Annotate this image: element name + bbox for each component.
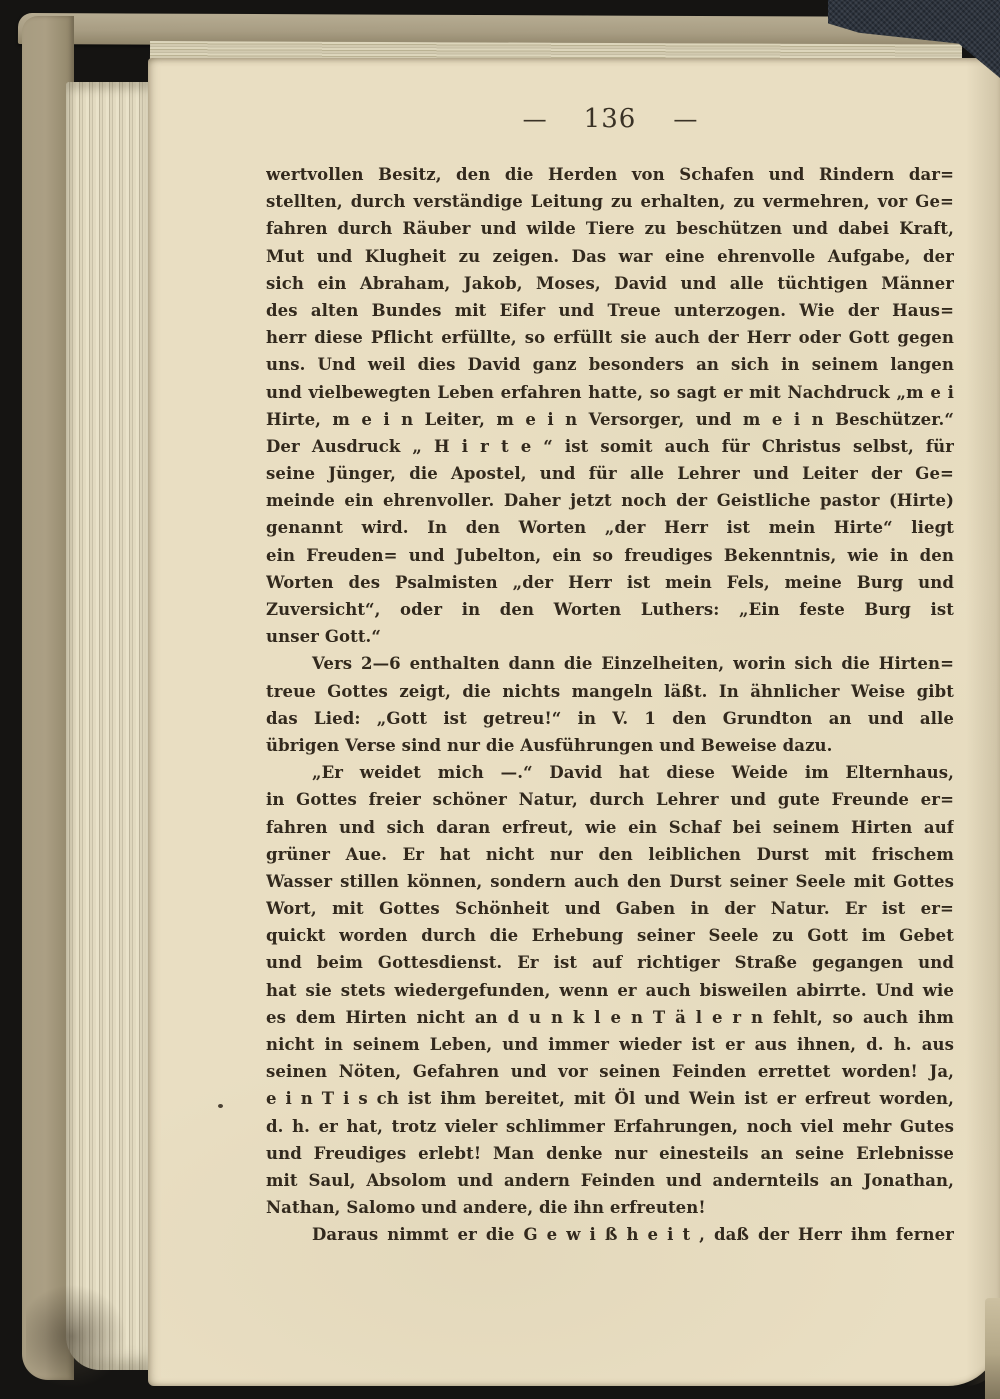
- text-line: mit Saul, Absolom und andern Feinden und…: [266, 1167, 954, 1194]
- text-line: grüner Aue. Er hat nicht nur den leiblic…: [266, 841, 954, 868]
- text-line: genannt wird. In den Worten „der Herr is…: [266, 514, 954, 541]
- text-line: und vielbewegten Leben erfahren hatte, s…: [266, 379, 954, 406]
- text-line: es dem Hirten nicht an d u n k l e n T ä…: [266, 1004, 954, 1031]
- text-line: d. h. er hat, trotz vieler schlimmer Erf…: [266, 1113, 954, 1140]
- text-line: treue Gottes zeigt, die nichts mangeln l…: [266, 678, 954, 705]
- text-line: meinde ein ehrenvoller. Daher jetzt noch…: [266, 487, 954, 514]
- text-line: fahren durch Räuber und wilde Tiere zu b…: [266, 215, 954, 242]
- adjacent-page-edge: [985, 1298, 1000, 1399]
- text-line: Mut und Klugheit zu zeigen. Das war eine…: [266, 243, 954, 270]
- text-line: fahren und sich daran erfreut, wie ein S…: [266, 814, 954, 841]
- text-line: Der Ausdruck „ H i r t e “ ist somit auc…: [266, 433, 954, 460]
- text-line: übrigen Verse sind nur die Ausführungen …: [266, 732, 954, 759]
- page-number-dash-right: —: [673, 104, 697, 134]
- text-line: Worten des Psalmisten „der Herr ist mein…: [266, 569, 954, 596]
- text-line: Daraus nimmt er die G e w i ß h e i t , …: [266, 1221, 954, 1248]
- text-line: „Er weidet mich —.“ David hat diese Weid…: [266, 759, 954, 786]
- text-line: wertvollen Besitz, den die Herden von Sc…: [266, 161, 954, 188]
- text-line: quickt worden durch die Erhebung seiner …: [266, 922, 954, 949]
- text-line: und Freudiges erlebt! Man denke nur eine…: [266, 1140, 954, 1167]
- page-number: 136: [584, 104, 637, 134]
- text-line: Hirte, m e i n Leiter, m e i n Versorger…: [266, 406, 954, 433]
- text-line: seine Jünger, die Apostel, und für alle …: [266, 460, 954, 487]
- text-line: Wort, mit Gottes Schönheit und Gaben in …: [266, 895, 954, 922]
- text-line: und beim Gottesdienst. Er ist auf richti…: [266, 949, 954, 976]
- text-line: ein Freuden= und Jubelton, ein so freudi…: [266, 542, 954, 569]
- text-line: nicht in seinem Leben, und immer wieder …: [266, 1031, 954, 1058]
- text-line: e i n T i s ch ist ihm bereitet, mit Öl …: [266, 1085, 954, 1112]
- book-scan: — 136 — wertvollen Besitz, den die Herde…: [0, 0, 1000, 1399]
- page-stack-left-edge: [66, 82, 152, 1370]
- book-page: — 136 — wertvollen Besitz, den die Herde…: [148, 58, 1000, 1386]
- page-number-dash-left: —: [523, 104, 547, 134]
- text-block: wertvollen Besitz, den die Herden von Sc…: [266, 161, 954, 1249]
- text-line: des alten Bundes mit Eifer und Treue unt…: [266, 297, 954, 324]
- text-line: Vers 2—6 enthalten dann die Einzelheiten…: [266, 650, 954, 677]
- text-line: Wasser stillen können, sondern auch den …: [266, 868, 954, 895]
- page-number-row: — 136 —: [266, 104, 954, 134]
- text-line: herr diese Pflicht erfüllte, so erfüllt …: [266, 324, 954, 351]
- gutter-shadow: [966, 58, 1000, 1386]
- text-line: in Gottes freier schöner Natur, durch Le…: [266, 786, 954, 813]
- text-line: hat sie stets wiedergefunden, wenn er au…: [266, 977, 954, 1004]
- text-line: unser Gott.“: [266, 623, 954, 650]
- text-line: stellten, durch verständige Leitung zu e…: [266, 188, 954, 215]
- text-line: Zuversicht“, oder in den Worten Luthers:…: [266, 596, 954, 623]
- text-line: das Lied: „Gott ist getreu!“ in V. 1 den…: [266, 705, 954, 732]
- text-line: seinen Nöten, Gefahren und vor seinen Fe…: [266, 1058, 954, 1085]
- text-line: Nathan, Salomo und andere, die ihn erfre…: [266, 1194, 954, 1221]
- ink-speck: [218, 1104, 223, 1108]
- text-line: uns. Und weil dies David ganz besonders …: [266, 351, 954, 378]
- text-line: sich ein Abraham, Jakob, Moses, David un…: [266, 270, 954, 297]
